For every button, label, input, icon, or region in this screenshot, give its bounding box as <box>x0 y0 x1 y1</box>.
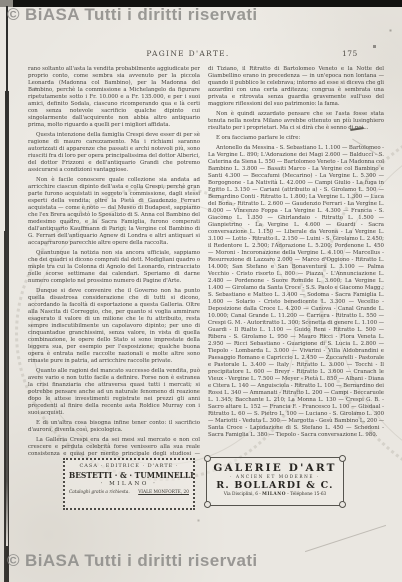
ad-tagline: CASA · EDITRICE · D'ARTE · <box>65 463 193 469</box>
corner-ornament-icon <box>204 501 211 508</box>
paragraph: Quantunque la notizia non sia ancora uff… <box>28 250 200 285</box>
paragraph: Quanto alle ragioni del mancato successo… <box>28 368 200 417</box>
paragraph: di Tiziano, il Ritratto di Bartolomeo Ve… <box>208 66 384 108</box>
paragraph: Dunque si deve convenire che il Governo … <box>28 288 200 365</box>
ad-gallery-address: Via Disciplini, 6 - MILANO - Téléphone 1… <box>207 492 343 497</box>
copyright-watermark-bottom: © BiASA Tutti i diritti riservati <box>7 551 258 571</box>
corner-ornament-icon <box>204 455 211 462</box>
address-city: MILANO <box>262 492 286 497</box>
ad-gallery-title: GALERIE D'ART <box>207 462 343 474</box>
ad-galerie-dart: GALERIE D'ART · ANCIEN ET MODERNE · R. B… <box>206 457 344 506</box>
ad-footer-row: Cataloghi gratis a richiesta. VIALE MONF… <box>65 487 193 495</box>
corner-ornament-icon <box>339 455 346 462</box>
address-phone: - Téléphone 15-63 <box>286 492 326 497</box>
address-street: Via Disciplini, 6 - <box>224 492 262 497</box>
corner-ornament-icon <box>339 501 346 508</box>
paragraph: rano soltanto all'asta la vendita probab… <box>28 66 200 129</box>
paragraph: E di un'altra cosa bisogna infine tener … <box>28 420 200 434</box>
paragraph: Non è facile conoscere quale collezione … <box>28 177 200 247</box>
ad-bestetti-tumminelli: CASA · EDITRICE · D'ARTE · BESTETTI · & … <box>63 458 195 510</box>
scan-edge-left <box>6 6 8 546</box>
paragraph: La Galleria Crespi era da sei mesi sul m… <box>28 437 200 456</box>
copyright-watermark-top: © BiASA Tutti i diritti riservati <box>7 5 258 25</box>
text-column-right: di Tiziano, il Ritratto di Bartolomeo Ve… <box>208 66 384 454</box>
ad-publisher-name: BESTETTI · & · TUMMINELLI <box>69 470 189 480</box>
ad-street-address: VIALE MONFORTE, 20 <box>138 490 189 495</box>
paragraph: Questa intenzione della famiglia Crespi … <box>28 132 200 174</box>
ad-gallery-subtitle: · ANCIEN ET MODERNE · <box>207 474 343 479</box>
page-header: PAGINE D'ARTE. 175 <box>0 49 402 61</box>
ad-gallery-owner: R. BOLLARDI & C. <box>207 480 343 491</box>
auction-price-list: Antonello da Messina - S. Sebastiano L. … <box>208 145 384 439</box>
paper-crease <box>305 525 386 552</box>
journal-title: PAGINE D'ARTE. <box>118 49 258 58</box>
scanned-page: © BiASA Tutti i diritti riservati PAGINE… <box>0 0 402 582</box>
text-column-left: rano soltanto all'asta la vendita probab… <box>28 66 200 456</box>
page-number: 175 <box>342 49 358 58</box>
ad-catalog-note: Cataloghi gratis a richiesta. <box>69 490 130 495</box>
scan-specks <box>0 0 1 1</box>
